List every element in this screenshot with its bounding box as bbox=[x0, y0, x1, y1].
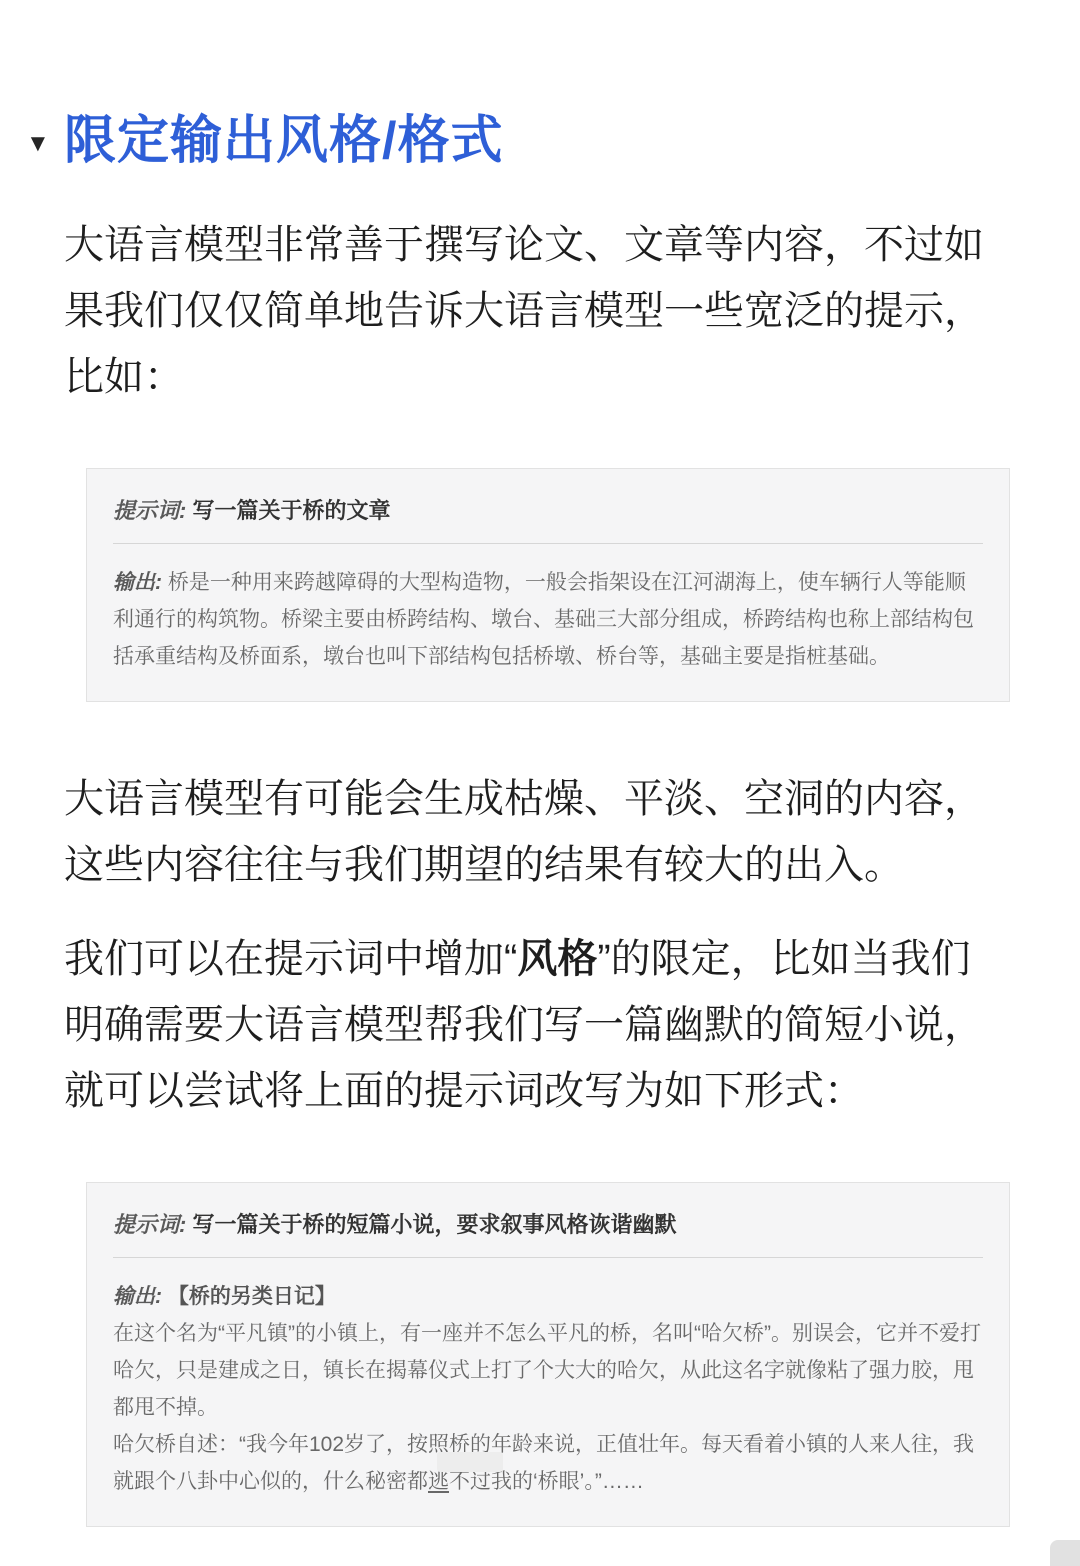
paragraph-style-tip-before: 我们可以在提示词中增加“ bbox=[64, 937, 517, 981]
prompt-text: 写一篇关于桥的文章 bbox=[192, 498, 390, 523]
style-keyword: 风格 bbox=[517, 937, 597, 981]
paragraph-drawback: 大语言模型有可能会生成枯燥、平淡、空洞的内容，这些内容往往与我们期望的结果有较大… bbox=[64, 766, 1010, 898]
prompt-row: 提示词: 写一篇关于桥的短篇小说，要求叙事风格诙谐幽默 bbox=[113, 1209, 983, 1241]
document-page: ▼ 限定输出风格/格式 大语言模型非常善于撰写论文、文章等内容，不过如果我们仅仅… bbox=[0, 0, 1080, 1566]
prompt-text: 写一篇关于桥的短篇小说，要求叙事风格诙谐幽默 bbox=[192, 1212, 676, 1237]
output-title: 【桥的另类日记】 bbox=[168, 1285, 336, 1308]
corner-artifact bbox=[1050, 1540, 1080, 1566]
document-content: ▼ 限定输出风格/格式 大语言模型非常善于撰写论文、文章等内容，不过如果我们仅仅… bbox=[0, 0, 1080, 1527]
output-text: 桥是一种用来跨越障碍的大型构造物，一般会指架设在江河湖海上，使车辆行人等能顺利通… bbox=[113, 571, 974, 668]
example-block-2: 提示词: 写一篇关于桥的短篇小说，要求叙事风格诙谐幽默 输出: 【桥的另类日记】… bbox=[86, 1182, 1010, 1527]
prompt-row: 提示词: 写一篇关于桥的文章 bbox=[113, 495, 983, 527]
prompt-label: 提示词: bbox=[113, 498, 186, 523]
box-divider bbox=[113, 1257, 983, 1258]
collapse-toggle-icon[interactable]: ▼ bbox=[26, 132, 64, 156]
output-story-para2-after: 不过我的‘桥眼’。”…… bbox=[449, 1470, 644, 1493]
paragraph-style-tip: 我们可以在提示词中增加“风格”的限定，比如当我们明确需要大语言模型帮我们写一篇幽… bbox=[64, 926, 1010, 1124]
output-block: 输出: 【桥的另类日记】 在这个名为“平凡镇”的小镇上，有一座并不怎么平凡的桥，… bbox=[113, 1278, 983, 1500]
example-block-1: 提示词: 写一篇关于桥的文章 输出: 桥是一种用来跨越障碍的大型构造物，一般会指… bbox=[86, 468, 1010, 702]
paragraph-intro: 大语言模型非常善于撰写论文、文章等内容，不过如果我们仅仅简单地告诉大语言模型一些… bbox=[64, 212, 1010, 410]
section-heading: 限定输出风格/格式 bbox=[64, 112, 503, 172]
section-heading-row: ▼ 限定输出风格/格式 bbox=[26, 112, 1010, 172]
faint-watermark bbox=[437, 1452, 503, 1472]
prompt-label: 提示词: bbox=[113, 1212, 186, 1237]
box-divider bbox=[113, 543, 983, 544]
underlined-char: 逃 bbox=[428, 1470, 449, 1493]
output-block: 输出: 桥是一种用来跨越障碍的大型构造物，一般会指架设在江河湖海上，使车辆行人等… bbox=[113, 564, 983, 675]
output-story-para1: 在这个名为“平凡镇”的小镇上，有一座并不怎么平凡的桥，名叫“哈欠桥”。别误会，它… bbox=[113, 1322, 981, 1419]
output-label: 输出: bbox=[113, 1285, 162, 1308]
output-label: 输出: bbox=[113, 571, 162, 594]
